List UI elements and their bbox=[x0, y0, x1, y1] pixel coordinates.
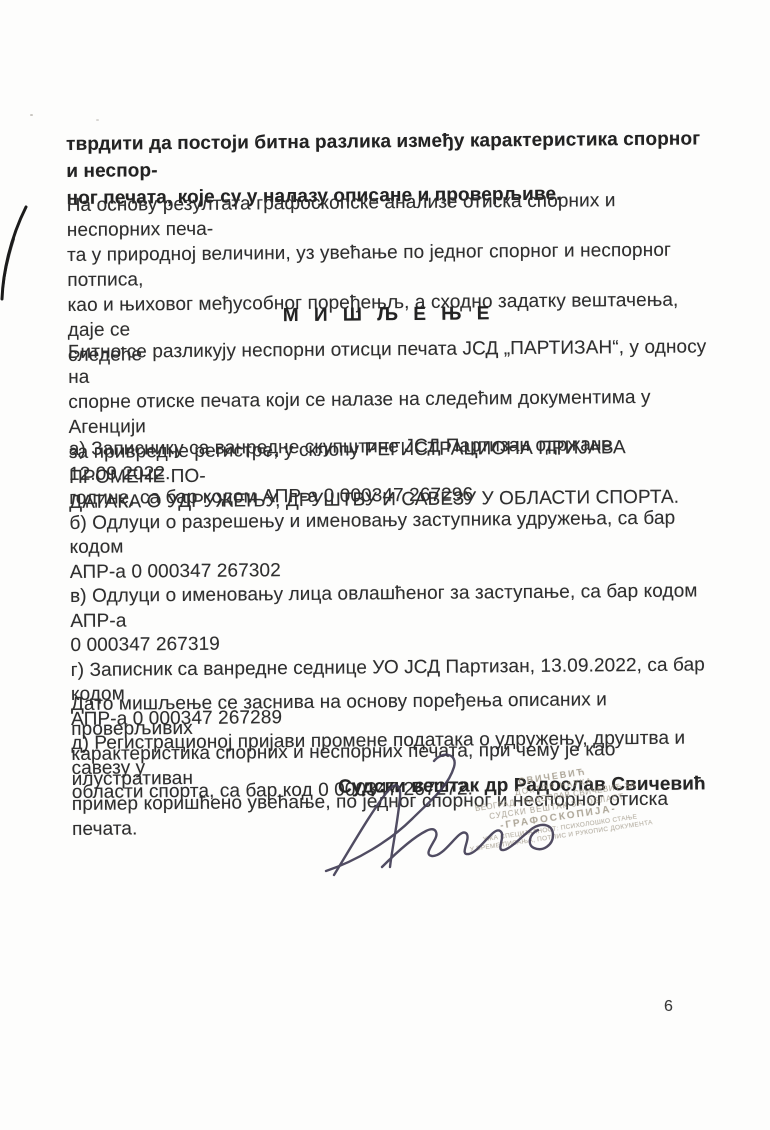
pen-mark bbox=[0, 203, 32, 301]
scan-speck bbox=[96, 119, 99, 121]
signature-scribble bbox=[312, 753, 578, 881]
page-number: 6 bbox=[664, 998, 673, 1016]
scanned-document-page: тврдити да постоји битна разлика између … bbox=[0, 0, 770, 1130]
scan-speck bbox=[30, 114, 33, 116]
